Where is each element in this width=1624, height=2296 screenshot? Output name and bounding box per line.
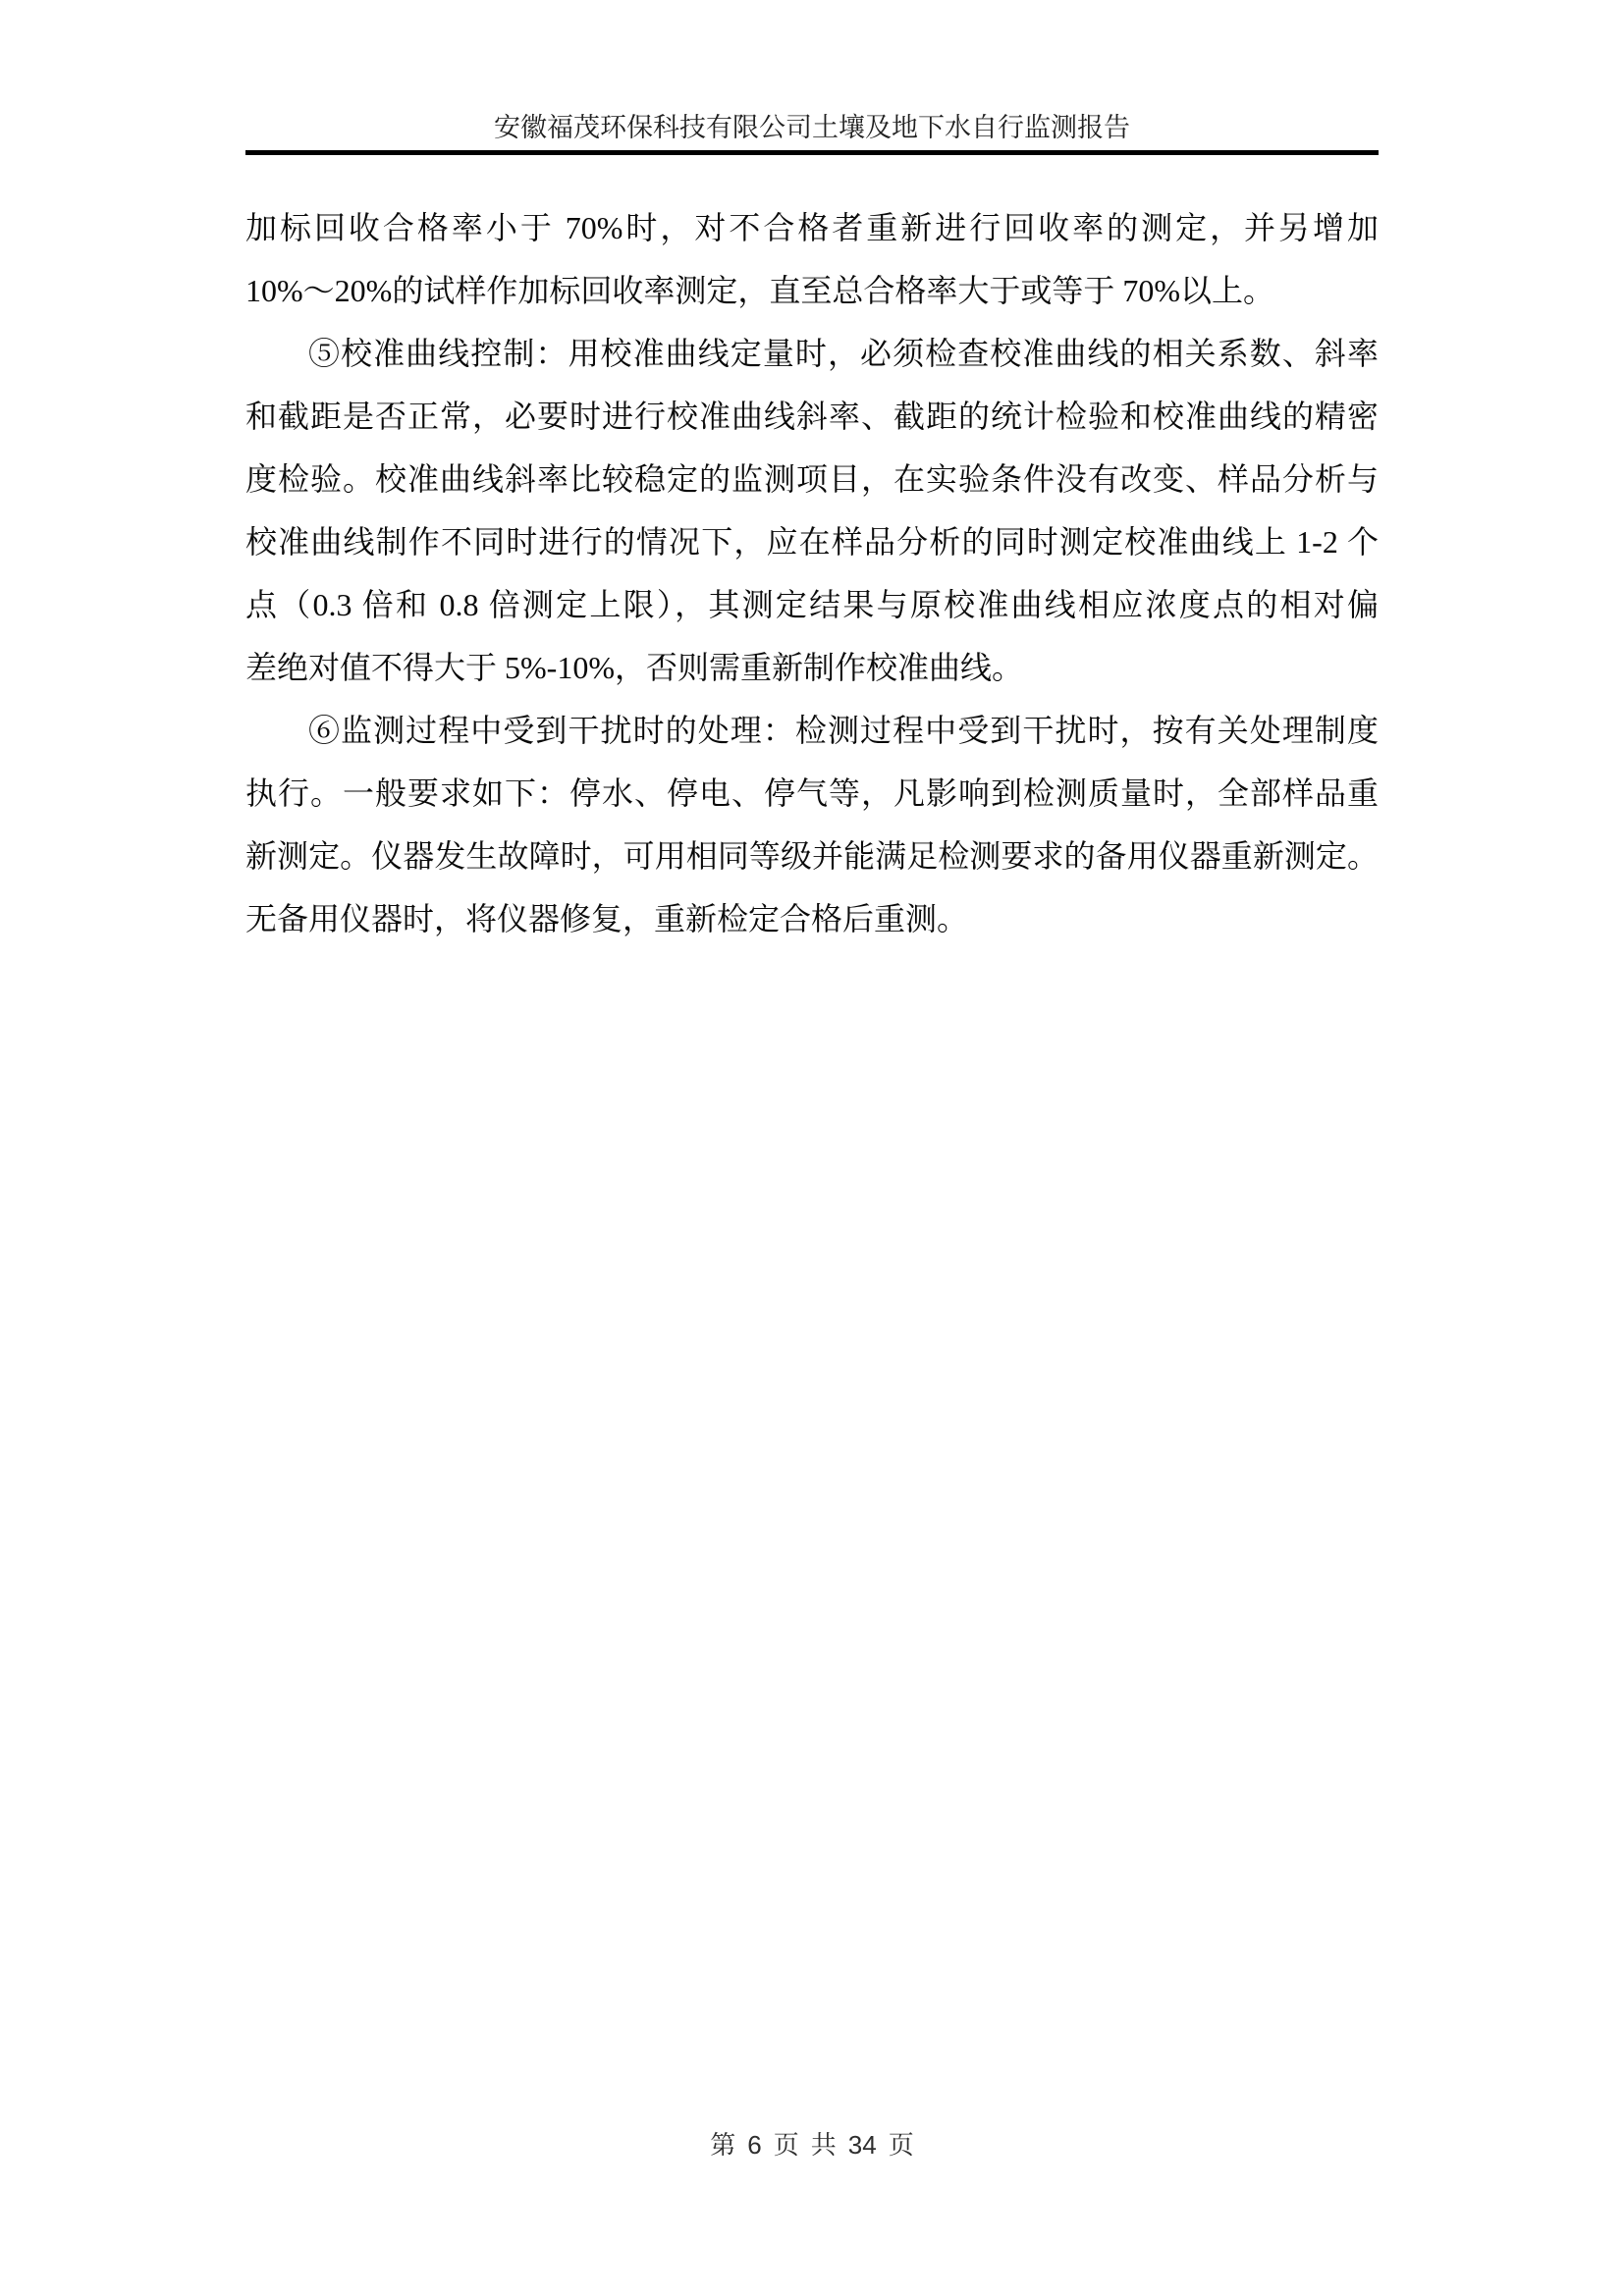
body-line: 10%～20%的试样作加标回收率测定，直至总合格率大于或等于 70%以上。 [245,259,1379,322]
footer-label-pages: 页 [889,2131,914,2160]
body-line: ⑥监测过程中受到干扰时的处理：检测过程中受到干扰时，按有关处理制度 [245,699,1379,762]
footer-page-number: 6 [747,2130,761,2160]
body-line: 校准曲线制作不同时进行的情况下，应在样品分析的同时测定校准曲线上 1-2 个 [245,510,1379,573]
footer-label-of: 共 [811,2131,837,2160]
body-line: 和截距是否正常，必要时进行校准曲线斜率、截距的统计检验和校准曲线的精密 [245,385,1379,448]
footer-label-prefix: 第 [710,2131,735,2160]
page: 安徽福茂环保科技有限公司土壤及地下水自行监测报告 加标回收合格率小于 70%时，… [0,0,1624,2296]
document-body: 加标回收合格率小于 70%时，对不合格者重新进行回收率的测定，并另增加10%～2… [245,196,1379,950]
header-rule [245,150,1379,155]
body-line: 度检验。校准曲线斜率比较稳定的监测项目，在实验条件没有改变、样品分析与 [245,448,1379,510]
body-line: 新测定。仪器发生故障时，可用相同等级并能满足检测要求的备用仪器重新测定。 [245,825,1379,887]
footer-label-page: 页 [774,2131,799,2160]
body-line: 无备用仪器时，将仪器修复，重新检定合格后重测。 [245,887,1379,950]
body-line: 执行。一般要求如下：停水、停电、停气等，凡影响到检测质量时，全部样品重 [245,762,1379,825]
footer-total-pages: 34 [848,2130,877,2160]
header-title: 安徽福茂环保科技有限公司土壤及地下水自行监测报告 [245,110,1379,145]
body-line: ⑤校准曲线控制：用校准曲线定量时，必须检查校准曲线的相关系数、斜率 [245,322,1379,385]
body-line: 加标回收合格率小于 70%时，对不合格者重新进行回收率的测定，并另增加 [245,196,1379,259]
page-footer: 第6页共34页 [0,2130,1624,2161]
body-line: 差绝对值不得大于 5%-10%，否则需重新制作校准曲线。 [245,636,1379,699]
body-line: 点（0.3 倍和 0.8 倍测定上限），其测定结果与原校准曲线相应浓度点的相对偏 [245,573,1379,636]
